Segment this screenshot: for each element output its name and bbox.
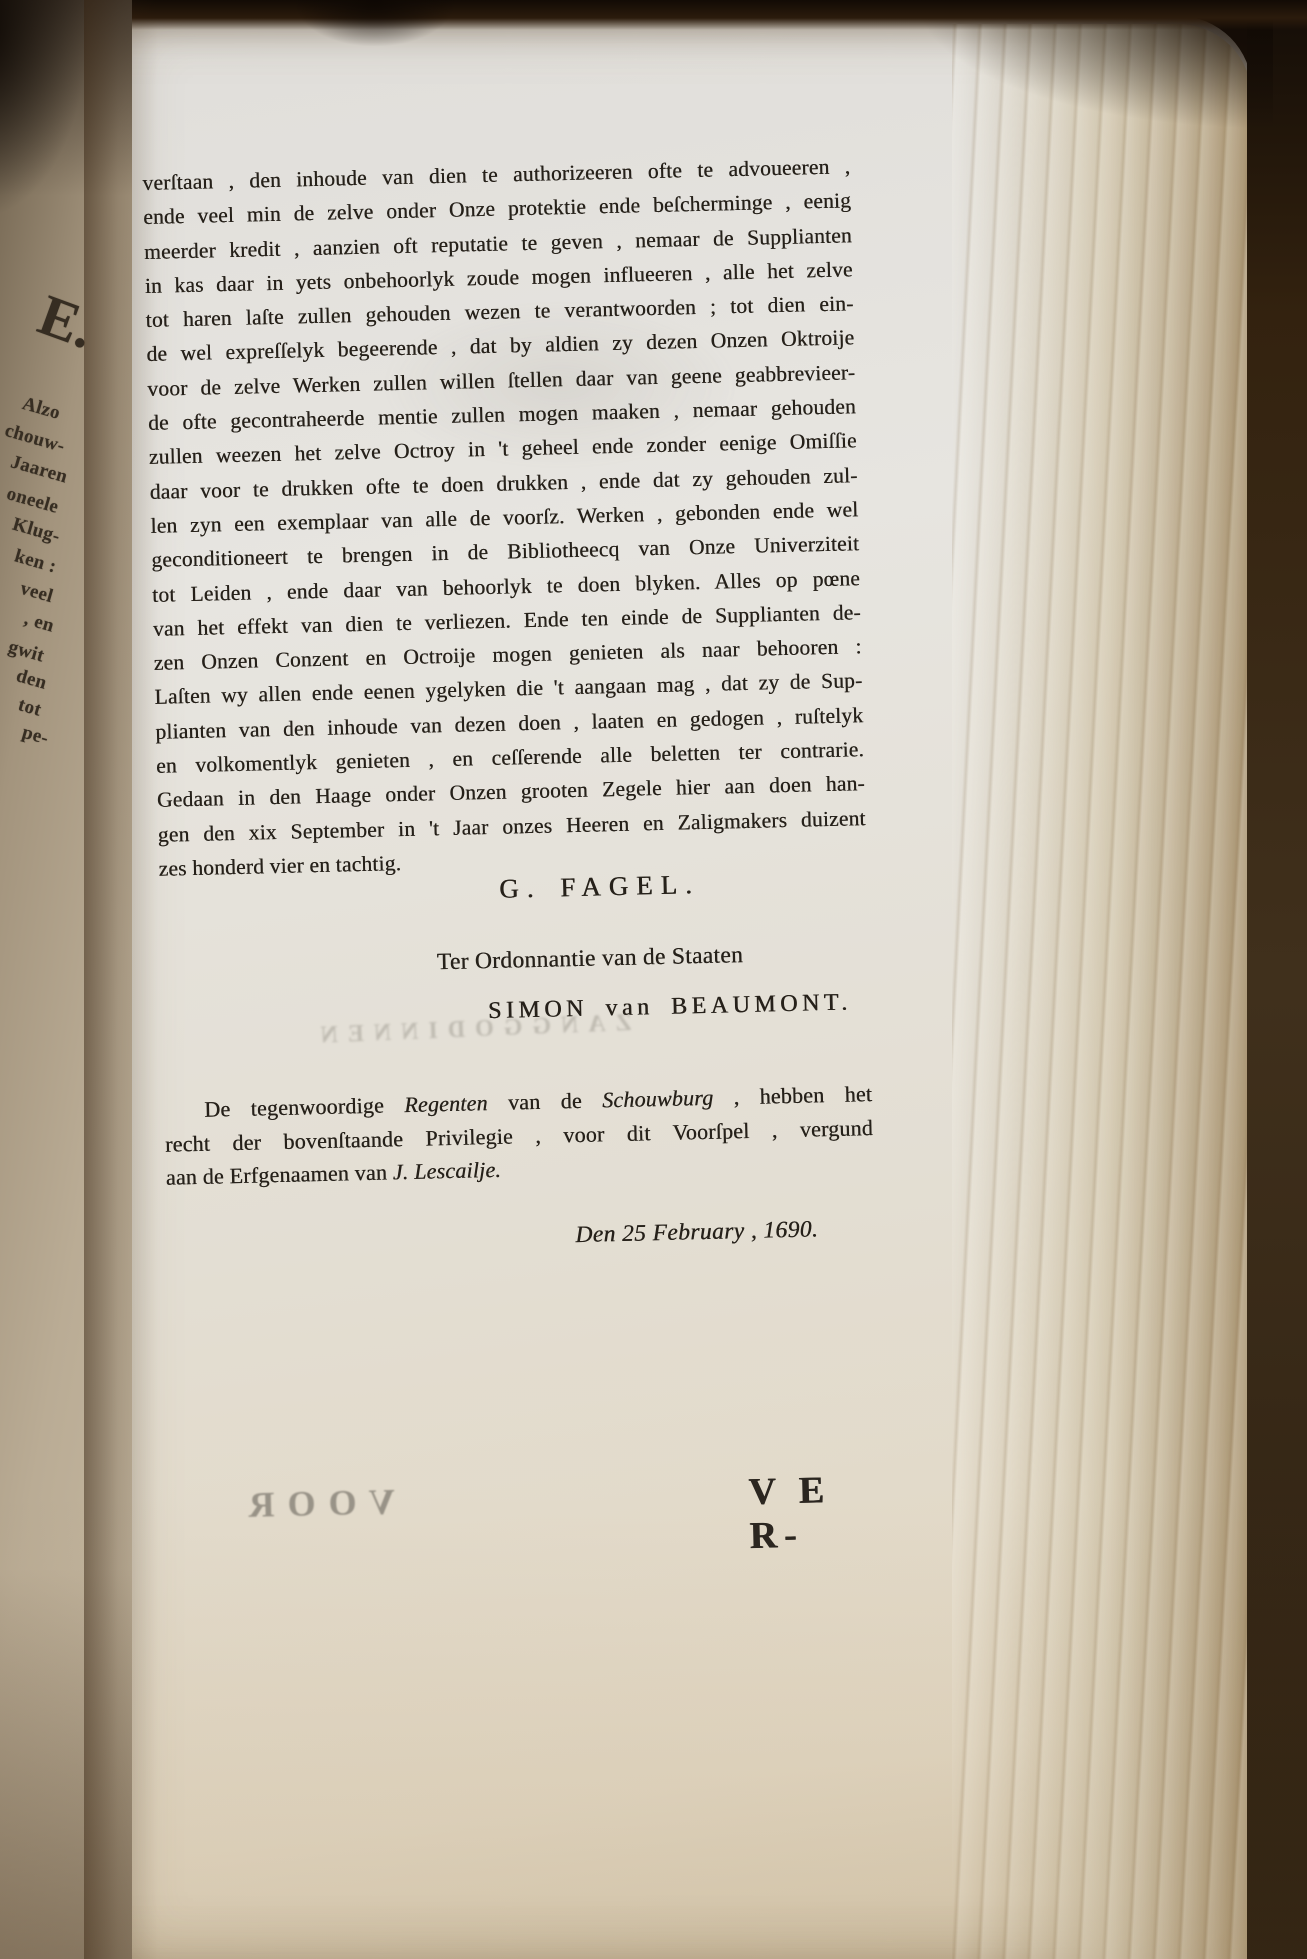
facing-page-fragment: den (14, 665, 50, 695)
privilege-text-block: verſtaan , den inhoude van dien te autho… (142, 149, 886, 1685)
showthrough-mirrored-catchword: VOOR (235, 1480, 395, 1526)
facing-page-fragment: gwit (6, 636, 47, 667)
facing-page-fragment: Alzo (20, 393, 63, 425)
signature-fagel: G. FAGEL. (499, 869, 700, 905)
grant-note-italic-regenten: Regenten (404, 1090, 488, 1117)
photo-top-shadow-blob (295, 0, 455, 46)
grant-note-text: aan de Erfgenaamen van (166, 1160, 393, 1190)
facing-page-fragment: ken : (12, 546, 59, 579)
grant-date: Den 25 February , 1690. (575, 1216, 818, 1249)
grant-note: De tegenwoordige Regenten van de Schouwb… (164, 1077, 874, 1194)
photo-top-edge (0, 0, 1307, 30)
showthrough-mirrored-line: ZANGGODINNEN (310, 1010, 632, 1050)
facing-page-fragment: oneele (4, 483, 61, 519)
grant-note-italic-lescailje: J. Lescailje. (392, 1157, 501, 1185)
grant-note-text: van de (487, 1087, 602, 1115)
facing-page-fragment: , en (22, 608, 57, 637)
photo-right-edge (1247, 0, 1307, 1959)
book-page-photo: E. Alzo chouw- Jaaren oneele Klug- ken :… (0, 0, 1307, 1959)
facing-page-fragment: chouw- (2, 420, 67, 458)
grant-note-text: , hebben het (713, 1081, 872, 1110)
facing-page-fragment: pe- (19, 722, 51, 750)
ordinance-line: Ter Ordonnantie van de Staaten (437, 942, 744, 976)
facing-page-fragment: tot (15, 694, 44, 722)
grant-note-text: De tegenwoordige (204, 1092, 405, 1122)
grant-note-italic-schouwburg: Schouwburg (602, 1085, 714, 1113)
catchword-ver: V E R- (748, 1467, 883, 1558)
page-fore-edges (952, 24, 1252, 1959)
facing-page-fragment: veel (18, 578, 56, 608)
